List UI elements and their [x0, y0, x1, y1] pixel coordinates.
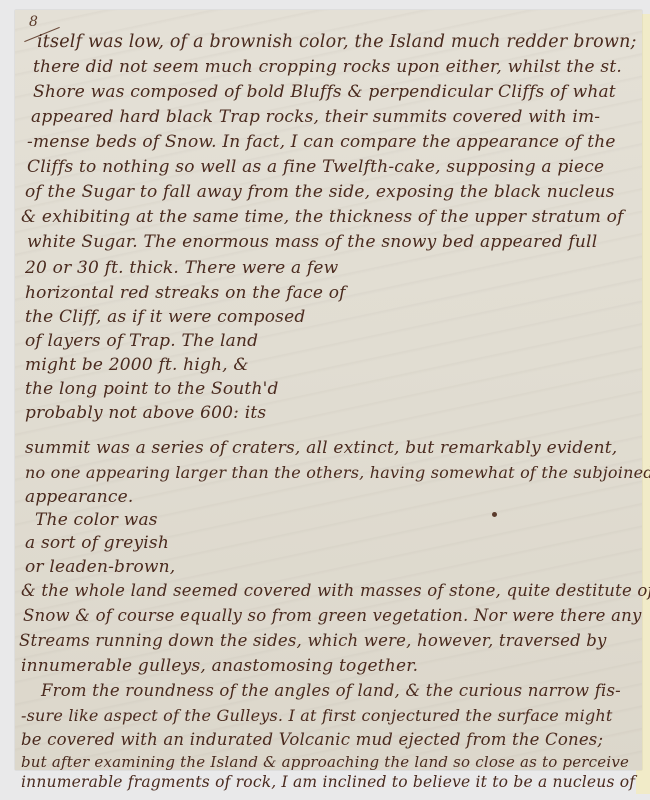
text-line-15: the long point to the South'd — [25, 379, 279, 399]
text-line-22: or leaden-brown, — [25, 557, 175, 577]
text-line-31: innumerable fragments of rock, I am incl… — [21, 773, 635, 791]
text-line-3: Shore was composed of bold Bluffs & perp… — [33, 82, 616, 102]
text-line-25: Streams running down the sides, which we… — [19, 631, 607, 650]
text-line-1: itself was low, of a brownish color, the… — [37, 32, 637, 52]
text-line-24: Snow & of course equally so from green v… — [23, 606, 641, 625]
text-line-9: white Sugar. The enormous mass of the sn… — [27, 232, 597, 252]
text-line-2: there did not seem much cropping rocks u… — [33, 57, 622, 77]
text-line-28: -sure like aspect of the Gulleys. I at f… — [21, 706, 613, 725]
text-line-29: be covered with an indurated Volcanic mu… — [21, 730, 603, 749]
text-line-26: innumerable gulleys, anastomosing togeth… — [21, 656, 418, 676]
text-line-14: might be 2000 ft. high, & — [25, 355, 249, 375]
text-line-5: -mense beds of Snow. In fact, I can comp… — [27, 132, 616, 152]
manuscript-page: 8 itself was low, of a brownish color, t… — [15, 10, 642, 770]
text-line-13: of layers of Trap. The land — [25, 331, 258, 351]
text-line-7: of the Sugar to fall away from the side,… — [25, 182, 615, 202]
text-line-6: Cliffs to nothing so well as a fine Twel… — [27, 157, 604, 177]
text-line-30: but after examining the Island & approac… — [21, 753, 629, 771]
text-line-12: the Cliff, as if it were composed — [25, 307, 305, 327]
text-line-20: The color was — [35, 510, 158, 530]
page-number: 8 — [29, 14, 38, 30]
text-line-8: & exhibiting at the same time, the thick… — [21, 207, 624, 227]
text-line-19: appearance. — [25, 487, 134, 507]
text-line-23: & the whole land seemed covered with mas… — [21, 581, 650, 600]
text-line-10: 20 or 30 ft. thick. There were a few — [25, 258, 338, 278]
text-line-17: summit was a series of craters, all exti… — [25, 438, 617, 458]
text-line-11: horizontal red streaks on the face of — [25, 283, 346, 303]
text-line-27: From the roundness of the angles of land… — [41, 681, 621, 700]
text-line-4: appeared hard black Trap rocks, their su… — [31, 107, 600, 127]
ink-blot — [492, 512, 497, 517]
text-line-16: probably not above 600: its — [25, 403, 266, 423]
text-line-18: no one appearing larger than the others,… — [25, 463, 650, 482]
text-line-21: a sort of greyish — [25, 533, 169, 553]
